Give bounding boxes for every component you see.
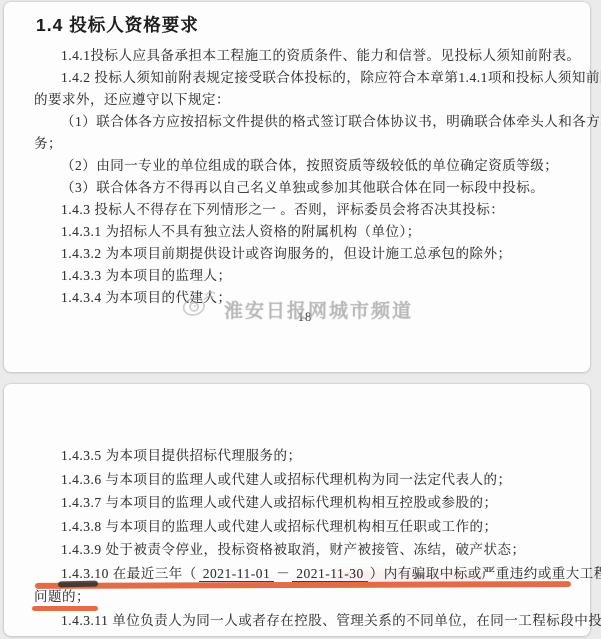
clause-1-4-3-10-prefix: 1.4.3.10 在最近三年（ [61,566,197,581]
clause-1-4-3-10: 1.4.3.10 在最近三年（2021-11-01－2021-11-30）内有骗… [34,562,562,586]
clause-jv-1: （1）联合体各方应按招标文件提供的格式签订联合体协议书，明确联合体牵头人和各方权… [34,111,562,133]
section-title: 1.4 投标人资格要求 [36,12,562,37]
clause-jv-2: （2）由同一专业的单位组成的联合体，按照资质等级较低的单位确定资质等级； [34,155,562,177]
clause-1-4-1: 1.4.1投标人应具备承担本工程施工的资质条件、能力和信誉。见投标人须知前附表。 [34,45,562,67]
date-from-blank: 2021-11-01 [199,566,275,582]
clause-1-4-3-1: 1.4.3.1 为招标人不具有独立法人资格的附属机构（单位）； [34,221,562,243]
document-page-1: 1.4 投标人资格要求 1.4.1投标人应具备承担本工程施工的资质条件、能力和信… [4,2,590,372]
clause-1-4-3-10-cont: 问题的； [34,585,562,609]
clause-1-4-2: 1.4.2 投标人须知前附表规定接受联合体投标的，除应符合本章第1.4.1项和投… [34,67,562,89]
clause-1-4-3-2: 1.4.3.2 为本项目前期提供设计或咨询服务的，但设计施工总承包的除外； [34,243,562,265]
clause-1-4-3-6: 1.4.3.6 与本项目的监理人或代建人或招标代理机构为同一法定代表人的； [34,468,562,492]
clause-1-4-3-10-suffix: ）内有骗取中标或严重违约或重大工程质量 [370,566,601,581]
clause-1-4-3-11: 1.4.3.11 单位负责人为同一人或者存在控股、管理关系的不同单位，在同一工程… [34,609,562,633]
weibo-icon [181,290,215,323]
clause-1-4-3-10-cont-text: 问题的； [34,589,90,604]
clause-1-4-3-8: 1.4.3.8 与本项目的监理人或代建人或招标代理机构相互任职或工作的； [34,515,562,539]
clause-1-4-3: 1.4.3 投标人不得存在下列情形之一 。否则，评标委员会将否决其投标： [34,199,562,221]
clause-jv-1-cont: 务； [34,133,562,155]
watermark-text: 淮安日报网城市频道 [224,296,413,323]
clause-1-4-3-9: 1.4.3.9 处于被责令停业，投标资格被取消，财产被接管、冻结，破产状态； [34,538,562,562]
document-page-2: 1.4.3.5 为本项目提供招标代理服务的； 1.4.3.6 与本项目的监理人或… [4,384,590,636]
date-separator: － [276,566,290,581]
clause-1-4-3-3: 1.4.3.3 为本项目的监理人； [34,265,562,287]
clause-jv-3: （3）联合体各方不得再以自己名义单独或参加其他联合体在同一标段中投标。 [34,177,562,199]
clause-1-4-3-7: 1.4.3.7 与本项目的监理人或代建人或招标代理机构相互控股或参股的； [34,491,562,515]
site-watermark: 18 淮安日报网城市频道 [4,296,590,336]
clause-1-4-3-5: 1.4.3.5 为本项目提供招标代理服务的； [34,444,562,468]
date-to-blank: 2021-11-30 [292,566,368,582]
clause-1-4-2-cont: 的要求外，还应遵守以下规定： [34,89,562,111]
